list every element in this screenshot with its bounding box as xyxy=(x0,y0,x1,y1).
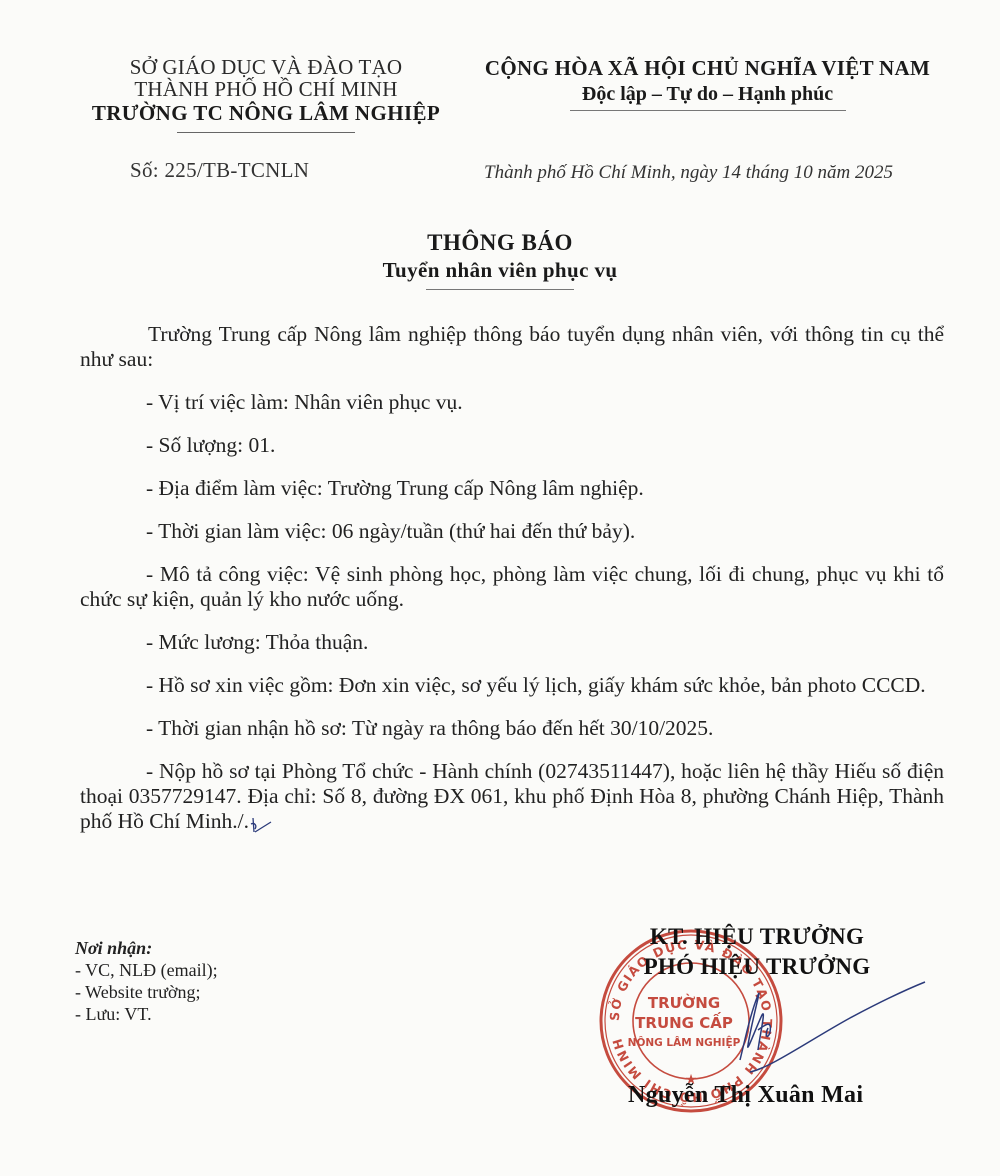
place-date: Thành phố Hồ Chí Minh, ngày 14 tháng 10 … xyxy=(484,162,893,184)
national-heading-block: CỘNG HÒA XÃ HỘI CHỦ NGHĨA VIỆT NAM Độc l… xyxy=(465,54,950,111)
document-subtitle: Tuyển nhân viên phục vụ xyxy=(0,257,1000,283)
detail-item: - Thời gian nhận hồ sơ: Từ ngày ra thông… xyxy=(80,716,944,741)
agency-line-2: THÀNH PHỐ HỒ CHÍ MINH xyxy=(80,78,452,100)
recipient-item: - VC, NLĐ (email); xyxy=(75,959,218,981)
recipient-item: - Website trường; xyxy=(75,981,218,1003)
signer-authority: KT. HIỆU TRƯỞNG xyxy=(612,922,902,952)
detail-item: - Thời gian làm việc: 06 ngày/tuần (thứ … xyxy=(80,519,944,544)
detail-item: - Địa điểm làm việc: Trường Trung cấp Nô… xyxy=(80,476,944,501)
recipients-heading: Nơi nhận: xyxy=(75,937,218,959)
initial-mark-icon xyxy=(249,816,273,836)
detail-item: - Hồ sơ xin việc gồm: Đơn xin việc, sơ y… xyxy=(80,673,944,698)
school-name: TRƯỜNG TC NÔNG LÂM NGHIỆP xyxy=(80,100,452,126)
detail-item: - Mô tả công việc: Vệ sinh phòng học, ph… xyxy=(80,562,944,612)
national-title: CỘNG HÒA XÃ HỘI CHỦ NGHĨA VIỆT NAM xyxy=(465,54,950,82)
title-divider xyxy=(426,289,574,290)
detail-item-last: - Nộp hồ sơ tại Phòng Tổ chức - Hành chí… xyxy=(80,759,944,836)
recipient-item: - Lưu: VT. xyxy=(75,1003,218,1025)
detail-item: - Mức lương: Thỏa thuận. xyxy=(80,630,944,655)
document-body: Trường Trung cấp Nông lâm nghiệp thông b… xyxy=(80,322,944,854)
national-motto: Độc lập – Tự do – Hạnh phúc xyxy=(465,82,950,106)
document-title: THÔNG BÁO xyxy=(0,229,1000,257)
detail-item: - Vị trí việc làm: Nhân viên phục vụ. xyxy=(80,390,944,415)
detail-item: - Số lượng: 01. xyxy=(80,433,944,458)
recipients-block: Nơi nhận: - VC, NLĐ (email); - Website t… xyxy=(75,937,218,1025)
submission-text: - Nộp hồ sơ tại Phòng Tổ chức - Hành chí… xyxy=(80,759,944,833)
agency-divider xyxy=(177,132,355,133)
document-number: Số: 225/TB-TCNLN xyxy=(130,158,309,183)
intro-paragraph: Trường Trung cấp Nông lâm nghiệp thông b… xyxy=(80,322,944,372)
issuing-agency-block: SỞ GIÁO DỤC VÀ ĐÀO TẠO THÀNH PHỐ HỒ CHÍ … xyxy=(80,56,452,133)
document-title-block: THÔNG BÁO Tuyển nhân viên phục vụ xyxy=(0,229,1000,290)
motto-divider xyxy=(570,110,846,111)
agency-line-1: SỞ GIÁO DỤC VÀ ĐÀO TẠO xyxy=(80,56,452,78)
handwritten-signature-icon xyxy=(700,960,930,1090)
